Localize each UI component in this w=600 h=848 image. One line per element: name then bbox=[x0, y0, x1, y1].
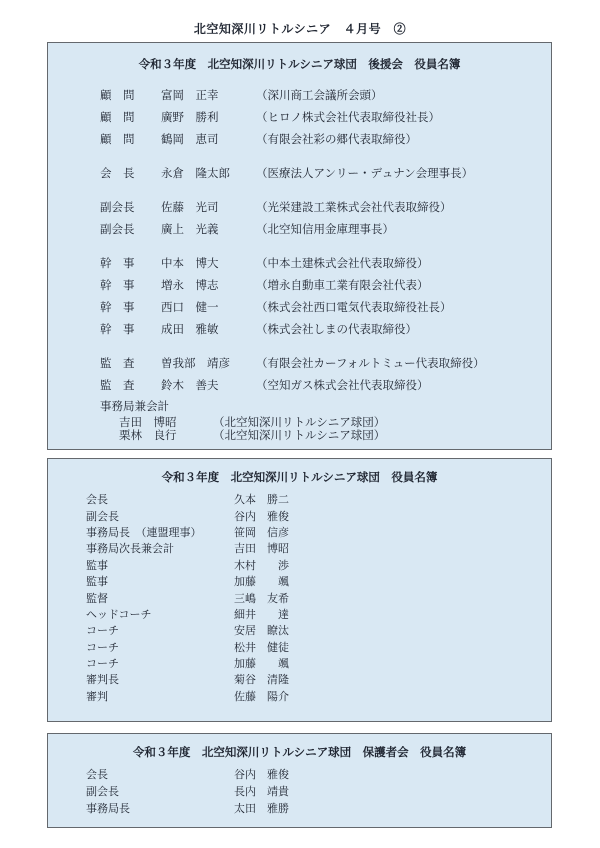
roster-row: 顧 問廣野 勝利（ヒロノ株式会社代表取締役社長） bbox=[48, 106, 551, 128]
member-name: 廣上 光義 bbox=[161, 221, 256, 237]
roster-row: 幹 事西口 健一（株式会社西口電気代表取締役社長） bbox=[48, 296, 551, 318]
row-spacer bbox=[48, 184, 551, 196]
role-label: コーチ bbox=[86, 622, 234, 638]
member-name: 久本 勝二 bbox=[234, 491, 289, 507]
role-label: 事務局次長兼会計 bbox=[86, 540, 234, 556]
role-label: 監 査 bbox=[100, 377, 161, 393]
roster-rows-club: 会長久本 勝二副会長谷内 雅俊事務局長 （連盟理事）笹岡 信彦事務局次長兼会計吉… bbox=[48, 491, 551, 704]
member-name: 三嶋 友希 bbox=[234, 590, 289, 606]
roster-row: 事務局長 （連盟理事）笹岡 信彦 bbox=[48, 524, 551, 540]
roster-row: 会長久本 勝二 bbox=[48, 491, 551, 507]
roster-row: 幹 事増永 博志（増永自動車工業有限会社代表） bbox=[48, 274, 551, 296]
role-label: 幹 事 bbox=[100, 255, 161, 271]
member-name: 曽我部 靖彦 bbox=[161, 355, 256, 371]
roster-row: 栗林 良行（北空知深川リトルシニア球団） bbox=[48, 428, 551, 441]
member-name: 加藤 颯 bbox=[234, 573, 289, 589]
member-name: 笹岡 信彦 bbox=[234, 524, 289, 540]
role-label: ヘッドコーチ bbox=[86, 606, 234, 622]
role-label: 副会長 bbox=[86, 508, 234, 524]
roster-row: コーチ松井 健徒 bbox=[48, 639, 551, 655]
role-label: 会 長 bbox=[100, 165, 161, 181]
member-name: 中本 博大 bbox=[161, 255, 256, 271]
member-name: 谷内 雅俊 bbox=[234, 508, 289, 524]
roster-row: 幹 事中本 博大（中本土建株式会社代表取締役） bbox=[48, 252, 551, 274]
role-label: 審判長 bbox=[86, 671, 234, 687]
roster-title-parents: 令和３年度 北空知深川リトルシニア球団 保護者会 役員名簿 bbox=[48, 734, 551, 760]
roster-row: 事務局兼会計 bbox=[48, 396, 551, 415]
roster-row: 顧 問富岡 正幸（深川商工会議所会頭） bbox=[48, 84, 551, 106]
roster-row: 審判長菊谷 清隆 bbox=[48, 671, 551, 687]
roster-row: 副会長谷内 雅俊 bbox=[48, 507, 551, 523]
member-name: 永倉 隆太郎 bbox=[161, 165, 256, 181]
roster-title-club: 令和３年度 北空知深川リトルシニア球団 役員名簿 bbox=[48, 459, 551, 485]
member-name: 吉田 博昭 bbox=[234, 540, 289, 556]
member-affiliation: （ヒロノ株式会社代表取締役社長） bbox=[256, 109, 551, 125]
member-name: 菊谷 清隆 bbox=[234, 671, 289, 687]
role-label: 副会長 bbox=[100, 199, 161, 215]
roster-row: コーチ安居 瞭汰 bbox=[48, 622, 551, 638]
roster-row: 事務局次長兼会計吉田 博昭 bbox=[48, 540, 551, 556]
roster-row: 監 査鈴木 善夫（空知ガス株式会社代表取締役） bbox=[48, 374, 551, 396]
roster-row: 会 長永倉 隆太郎（医療法人アンリー・デュナン会理事長） bbox=[48, 162, 551, 184]
member-name: 富岡 正幸 bbox=[161, 87, 256, 103]
role-label: 顧 問 bbox=[100, 109, 161, 125]
member-name: 長内 靖貴 bbox=[234, 783, 289, 799]
member-name: 松井 健徒 bbox=[234, 639, 289, 655]
page-header: 北空知深川リトルシニア ４月号 ② bbox=[0, 20, 600, 37]
member-affiliation: （光栄建設工業株式会社代表取締役） bbox=[256, 199, 551, 215]
member-affiliation: （株式会社しまの代表取締役） bbox=[256, 321, 551, 337]
role-label: 会長 bbox=[86, 766, 234, 782]
role-label: 監事 bbox=[86, 573, 234, 589]
member-name: 成田 雅敏 bbox=[161, 321, 256, 337]
member-affiliation: （有限会社彩の郷代表取締役） bbox=[256, 131, 551, 147]
member-affiliation: （増永自動車工業有限会社代表） bbox=[256, 277, 551, 293]
member-name: 佐藤 陽介 bbox=[234, 688, 289, 704]
roster-row: 監 査曽我部 靖彦（有限会社カーフォルトミュー代表取締役） bbox=[48, 352, 551, 374]
member-affiliation: （北空知信用金庫理事長） bbox=[256, 221, 551, 237]
roster-box-club: 令和３年度 北空知深川リトルシニア球団 役員名簿 会長久本 勝二副会長谷内 雅俊… bbox=[47, 458, 552, 722]
member-affiliation: （中本土建株式会社代表取締役） bbox=[256, 255, 551, 271]
member-name: 鶴岡 恵司 bbox=[161, 131, 256, 147]
roster-row: コーチ加藤 颯 bbox=[48, 655, 551, 671]
member-affiliation: （北空知深川リトルシニア球団） bbox=[213, 427, 551, 443]
role-label: 監 査 bbox=[100, 355, 161, 371]
roster-row: 副会長廣上 光義（北空知信用金庫理事長） bbox=[48, 218, 551, 240]
roster-row: 会長谷内 雅俊 bbox=[48, 765, 551, 782]
role-label: 幹 事 bbox=[100, 277, 161, 293]
roster-row: 事務局長太田 雅勝 bbox=[48, 799, 551, 816]
role-label: 幹 事 bbox=[100, 299, 161, 315]
member-name: 増永 博志 bbox=[161, 277, 256, 293]
role-label: 会長 bbox=[86, 491, 234, 507]
member-name: 鈴木 善夫 bbox=[161, 377, 256, 393]
member-name: 安居 瞭汰 bbox=[234, 622, 289, 638]
role-label: 審判 bbox=[86, 688, 234, 704]
member-affiliation: （株式会社西口電気代表取締役社長） bbox=[256, 299, 551, 315]
member-name: 加藤 颯 bbox=[234, 655, 289, 671]
role-label: 監督 bbox=[86, 590, 234, 606]
member-name: 木村 渉 bbox=[234, 557, 289, 573]
role-label: コーチ bbox=[86, 639, 234, 655]
roster-row: 監督三嶋 友希 bbox=[48, 589, 551, 605]
roster-row: 監事木村 渉 bbox=[48, 557, 551, 573]
role-label: 事務局長 （連盟理事） bbox=[86, 524, 234, 540]
member-affiliation: （深川商工会議所会頭） bbox=[256, 87, 551, 103]
role-label: 監事 bbox=[86, 557, 234, 573]
role-label: 副会長 bbox=[86, 783, 234, 799]
member-affiliation: （空知ガス株式会社代表取締役） bbox=[256, 377, 551, 393]
row-spacer bbox=[48, 240, 551, 252]
roster-row: 副会長長内 靖貴 bbox=[48, 782, 551, 799]
roster-row: 審判佐藤 陽介 bbox=[48, 688, 551, 704]
role-label: 事務局兼会計 bbox=[100, 398, 169, 414]
roster-box-parents: 令和３年度 北空知深川リトルシニア球団 保護者会 役員名簿 会長谷内 雅俊副会長… bbox=[47, 733, 552, 828]
role-label: 事務局長 bbox=[86, 800, 234, 816]
role-label: 幹 事 bbox=[100, 321, 161, 337]
document-page: 北空知深川リトルシニア ４月号 ② 令和３年度 北空知深川リトルシニア球団 後援… bbox=[0, 0, 600, 848]
roster-row: 副会長佐藤 光司（光栄建設工業株式会社代表取締役） bbox=[48, 196, 551, 218]
member-name: 太田 雅勝 bbox=[234, 800, 289, 816]
roster-rows-supporters: 顧 問富岡 正幸（深川商工会議所会頭）顧 問廣野 勝利（ヒロノ株式会社代表取締役… bbox=[48, 84, 551, 441]
role-label: 副会長 bbox=[100, 221, 161, 237]
role-label: 顧 問 bbox=[100, 87, 161, 103]
roster-box-supporters: 令和３年度 北空知深川リトルシニア球団 後援会 役員名簿 顧 問富岡 正幸（深川… bbox=[47, 42, 552, 450]
row-spacer bbox=[48, 150, 551, 162]
member-name: 西口 健一 bbox=[161, 299, 256, 315]
member-name: 廣野 勝利 bbox=[161, 109, 256, 125]
member-affiliation: （医療法人アンリー・デュナン会理事長） bbox=[256, 165, 551, 181]
row-spacer bbox=[48, 340, 551, 352]
roster-row: 監事加藤 颯 bbox=[48, 573, 551, 589]
member-name: 細井 達 bbox=[234, 606, 289, 622]
member-name: 佐藤 光司 bbox=[161, 199, 256, 215]
roster-title-supporters: 令和３年度 北空知深川リトルシニア球団 後援会 役員名簿 bbox=[48, 43, 551, 72]
roster-row: 顧 問鶴岡 恵司（有限会社彩の郷代表取締役） bbox=[48, 128, 551, 150]
member-name: 谷内 雅俊 bbox=[234, 766, 289, 782]
member-name: 栗林 良行 bbox=[119, 427, 213, 443]
roster-row: 幹 事成田 雅敏（株式会社しまの代表取締役） bbox=[48, 318, 551, 340]
roster-rows-parents: 会長谷内 雅俊副会長長内 靖貴事務局長太田 雅勝 bbox=[48, 765, 551, 816]
role-label: 顧 問 bbox=[100, 131, 161, 147]
member-affiliation: （有限会社カーフォルトミュー代表取締役） bbox=[256, 355, 551, 371]
roster-row: ヘッドコーチ細井 達 bbox=[48, 606, 551, 622]
role-label: コーチ bbox=[86, 655, 234, 671]
